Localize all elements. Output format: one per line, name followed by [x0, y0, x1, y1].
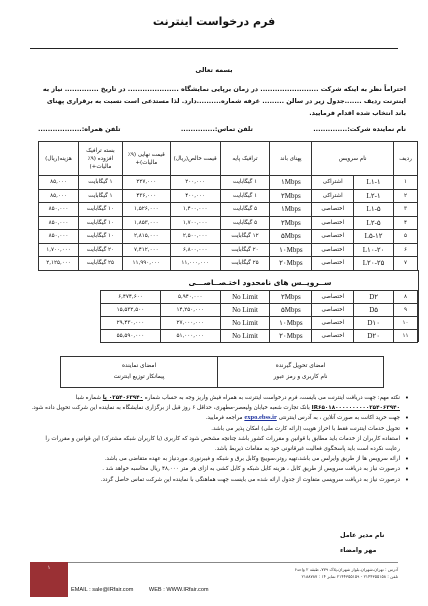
internet-request-form: فرم درخواست اینترنت بسمه تعالی احتراماً …	[0, 0, 428, 606]
col-extra-package: بسته ترافیک افزوده (۹٪ مالیات+)	[79, 142, 123, 176]
cell-cost: ۸۵,۰۰۰	[39, 176, 79, 190]
table-row[interactable]: ۵ L۵-۱۲ اختصاصی ۵Mbps ۱۲ گیگابایت ۲,۵۰۰,…	[39, 230, 418, 244]
note-cable-cost: درصورت نیاز به دریافت سرویس از طریق کابل…	[30, 464, 410, 474]
rep-signature-title: امضای نماینده	[62, 361, 216, 372]
table-row[interactable]: ۸ D۲ اختصاصی ۲Mbps No Limit ۵,۹۴۰,۰۰۰ ۶,…	[101, 291, 418, 304]
cell-final-price: ۱,۸۵۳,۰۰۰	[122, 216, 170, 230]
note-payment: نکته مهم: جهت دریافت اینترنت می بایست، ف…	[30, 393, 410, 413]
account-number: ۰۲۵۴۰۶۳۹۴۰ یا	[103, 395, 143, 401]
cell-net-price: ۴۰۰,۰۰۰	[170, 189, 220, 203]
cell-final-price: ۲۲۷,۰۰۰	[122, 176, 170, 190]
cell-type: اختصاصی	[312, 216, 354, 230]
cell-row: ۷	[394, 257, 418, 271]
cell-type: اشتراکی	[312, 189, 354, 203]
note-wireless: ارائه سرویس ها از طریق وایرلس می باشد،ته…	[30, 454, 410, 464]
cell-bandwidth: ۲۰Mbps	[270, 257, 312, 271]
footer-contact: EMAIL : sale@IRfair.com WEB : WWW.IRfair…	[71, 587, 223, 593]
table-row[interactable]: ۶ L۱۰-۲۰ اختصاصی ۱۰Mbps ۲۰ گیگابایت ۶,۸۰…	[39, 243, 418, 257]
rep-contractor-label: پیمانکار توزیع اینترنت	[62, 372, 216, 383]
cell-extra-package: ۱ گیگابایت	[79, 176, 123, 190]
cell-code: L۱-۱	[354, 176, 394, 190]
cell-type: اختصاصی	[312, 304, 354, 317]
cell-final-price: ۵۵,۵۹۰,۰۰۰	[101, 330, 161, 343]
col-cost: هزینه(ریال)	[39, 142, 79, 176]
cell-bandwidth: ۱Mbps	[270, 176, 312, 190]
cell-extra-package: ۱۰ گیگابایت	[79, 230, 123, 244]
cell-row: ۱	[394, 176, 418, 190]
cell-final-price: ۷,۴۱۲,۰۰۰	[122, 243, 170, 257]
table-row[interactable]: ۱۰ D۱۰ اختصاصی ۱۰Mbps No Limit ۲۷,۰۰۰,۰۰…	[101, 317, 418, 330]
cell-net-price: ۵۱,۰۰۰,۰۰۰	[160, 330, 220, 343]
table-row[interactable]: ۴ L۲-۵ اختصاصی ۲Mbps ۵ گیگابایت ۱,۷۰۰,۰۰…	[39, 216, 418, 230]
cell-bandwidth: ۵Mbps	[270, 230, 312, 244]
cell-traffic: No Limit	[220, 304, 270, 317]
table-row[interactable]: ۳ L۱-۵ اختصاصی ۱Mbps ۵ گیگابایت ۱,۴۰۰,۰۰…	[39, 203, 418, 217]
manager-name-label: نام مدیر عامل	[340, 528, 410, 543]
cell-code: L۲-۱	[354, 189, 394, 203]
cell-cost: ۱,۷۰۰,۰۰۰	[39, 243, 79, 257]
intro-line-3: باند انتخاب شده اقدام فرمایید.	[38, 107, 406, 119]
mobile-field[interactable]: تلفن همراه:..................	[38, 125, 121, 133]
expo-link[interactable]: expo.ebss.ir	[244, 414, 277, 421]
cell-traffic: ۱۲ گیگابایت	[220, 230, 270, 244]
cell-extra-package: ۱ گیگابایت	[79, 189, 123, 203]
cell-bandwidth: ۱۰Mbps	[270, 243, 312, 257]
footer-website[interactable]: WEB : WWW.IRfair.com	[149, 587, 209, 593]
note-custom-service: درصورت نیاز به دریافت سرویسی متفاوت از ج…	[30, 475, 410, 485]
footer-email[interactable]: EMAIL : sale@IRfair.com	[71, 587, 133, 593]
cell-type: اختصاصی	[312, 317, 354, 330]
footer-divider	[68, 562, 398, 563]
cell-code: L۵-۱۲	[354, 230, 394, 244]
cell-code: L۲۰-۲۵	[354, 257, 394, 271]
table-header-row: ردیف نام سرویس پهنای باند ترافیک پایه قی…	[39, 142, 418, 176]
cell-net-price: ۱,۴۰۰,۰۰۰	[170, 203, 220, 217]
manager-signature-area: نام مدیر عامل مهر وامضاء	[30, 528, 410, 558]
cell-extra-package: ۲۰ گیگابایت	[79, 243, 123, 257]
cell-net-price: ۲۰۰,۰۰۰	[170, 176, 220, 190]
cell-bandwidth: ۲Mbps	[270, 189, 312, 203]
table-row[interactable]: ۱ L۱-۱ اشتراکی ۱Mbps ۱ گیگابایت ۲۰۰,۰۰۰ …	[39, 176, 418, 190]
cell-net-price: ۵,۹۴۰,۰۰۰	[160, 291, 220, 304]
table-row[interactable]: ۲ L۲-۱ اشتراکی ۲Mbps ۱ گیگابایت ۴۰۰,۰۰۰ …	[39, 189, 418, 203]
cell-final-price: ۲۹,۴۳۰,۰۰۰	[101, 317, 161, 330]
unlimited-section-frame	[418, 270, 419, 342]
cell-final-price: ۱۱,۹۹۰,۰۰۰	[122, 257, 170, 271]
table-row[interactable]: ۱۱ D۲۰ اختصاصی ۲۰Mbps No Limit ۵۱,۰۰۰,۰۰…	[101, 330, 418, 343]
cell-traffic: ۵ گیگابایت	[220, 203, 270, 217]
cell-final-price: ۴۳۶,۰۰۰	[122, 189, 170, 203]
cell-extra-package: ۱۰ گیگابایت	[79, 216, 123, 230]
stamp-signature-label: مهر وامضاء	[340, 543, 410, 558]
rep-signature-box[interactable]: امضای نماینده پیمانکار توزیع اینترنت	[61, 357, 218, 388]
cell-code: D۲۰	[354, 330, 394, 343]
cell-final-price: ۶,۴۷۴,۶۰۰	[101, 291, 161, 304]
cell-row: ۲	[394, 189, 418, 203]
col-service-name: نام سرویس	[312, 142, 394, 176]
contact-fields: نام نماینده شرکت:.............. تلفن تما…	[38, 125, 406, 133]
note-laws: استفاده کاربران از خدمات باید مطابق با ق…	[30, 434, 410, 454]
col-row: ردیف	[394, 142, 418, 176]
cell-traffic: No Limit	[220, 330, 270, 343]
cell-bandwidth: ۵Mbps	[270, 304, 312, 317]
cell-code: D۲	[354, 291, 394, 304]
cell-traffic: ۵ گیگابایت	[220, 216, 270, 230]
cell-row: ۹	[394, 304, 418, 317]
intro-line-2: اینترنت ردیف .......جدول زیر در سالن ...…	[38, 95, 406, 107]
cell-traffic: No Limit	[220, 317, 270, 330]
col-base-traffic: ترافیک پایه	[220, 142, 270, 176]
cell-bandwidth: ۲۰Mbps	[270, 330, 312, 343]
cell-type: اشتراکی	[312, 176, 354, 190]
table-row[interactable]: ۹ D۵ اختصاصی ۵Mbps No Limit ۱۴,۲۵۰,۰۰۰ ۱…	[101, 304, 418, 317]
footer-address: آدرس : تهران،شهران،بلوار شهران،پلاک ۷۷۹،…	[250, 566, 398, 573]
col-bandwidth: پهنای باند	[270, 142, 312, 176]
cell-net-price: ۱۱,۰۰۰,۰۰۰	[170, 257, 220, 271]
cell-row: ۱۱	[394, 330, 418, 343]
unlimited-services-table: ۸ D۲ اختصاصی ۲Mbps No Limit ۵,۹۴۰,۰۰۰ ۶,…	[100, 290, 418, 343]
col-final-price: قیمت نهایی (۹٪ مالیات)+	[122, 142, 170, 176]
cell-code: L۲-۵	[354, 216, 394, 230]
cell-traffic: ۲۰ گیگابایت	[220, 243, 270, 257]
unlimited-section-title: ســرویــس های نامحدود اختـصــاصـــی	[160, 278, 360, 287]
cell-traffic: ۱ گیگابایت	[220, 176, 270, 190]
cell-cost: ۸۵,۰۰۰	[39, 189, 79, 203]
cell-extra-package: ۱۰ گیگابایت	[79, 203, 123, 217]
intro-paragraph: احتراماً نظر به اینکه شرکت .............…	[38, 83, 406, 119]
title-divider	[30, 48, 398, 49]
cell-code: L۱-۵	[354, 203, 394, 217]
cell-type: اختصاصی	[312, 230, 354, 244]
cell-row: ۱۰	[394, 317, 418, 330]
cell-bandwidth: ۱۰Mbps	[270, 317, 312, 330]
cell-net-price: ۱,۷۰۰,۰۰۰	[170, 216, 220, 230]
cell-row: ۵	[394, 230, 418, 244]
cell-code: D۱۰	[354, 317, 394, 330]
cell-bandwidth: ۲Mbps	[270, 216, 312, 230]
cell-type: اختصاصی	[312, 291, 354, 304]
cell-row: ۶	[394, 243, 418, 257]
cell-type: اختصاصی	[312, 330, 354, 343]
cell-traffic: ۱ گیگابایت	[220, 189, 270, 203]
notes-list: نکته مهم: جهت دریافت اینترنت می بایست، ف…	[30, 393, 410, 485]
cell-type: اختصاصی	[312, 203, 354, 217]
table-row[interactable]: ۷ L۲۰-۲۵ اختصاصی ۲۰Mbps ۲۵ گیگابایت ۱۱,۰…	[39, 257, 418, 271]
signature-table: امضای تحویل گیرنده نام کاربری و رمز عبور…	[60, 356, 384, 388]
col-net-price: قیمت خالص(ریال)	[170, 142, 220, 176]
cell-final-price: ۱۵,۵۳۲,۵۰۰	[101, 304, 161, 317]
sheba-number: IR۶۵۰۱۸۰۰۰۰۰۰۰۰۰۰۲۵۴۰۶۳۹۴۰	[312, 405, 400, 411]
cell-net-price: ۲۷,۰۰۰,۰۰۰	[160, 317, 220, 330]
cell-net-price: ۶,۸۰۰,۰۰۰	[170, 243, 220, 257]
receiver-credentials-label: نام کاربری و رمز عبور	[219, 372, 382, 383]
cell-final-price: ۲,۸۱۵,۰۰۰	[122, 230, 170, 244]
cell-traffic: No Limit	[220, 291, 270, 304]
cell-cost: ۸۵۰,۰۰۰	[39, 230, 79, 244]
cell-bandwidth: ۲Mbps	[270, 291, 312, 304]
cell-final-price: ۱,۵۲۶,۰۰۰	[122, 203, 170, 217]
cell-net-price: ۲,۵۰۰,۰۰۰	[170, 230, 220, 244]
cell-type: اختصاصی	[312, 243, 354, 257]
footer-address-block: آدرس : تهران،شهران،بلوار شهران،پلاک ۷۷۹،…	[250, 566, 398, 580]
phone-field[interactable]: تلفن تماس:..............	[181, 125, 253, 133]
cell-cost: ۸۵۰,۰۰۰	[39, 216, 79, 230]
cell-code: D۵	[354, 304, 394, 317]
cell-code: L۱۰-۲۰	[354, 243, 394, 257]
page-number-badge: ۱	[30, 562, 68, 597]
page-title: فرم درخواست اینترنت	[0, 15, 428, 28]
note-online-purchase: جهت خرید اکانت به صورت آنلاین ، به آدرس …	[30, 413, 410, 423]
footer-phone: تلفن : ۲۱۴۴۳۵۵۱۵۸ - ۲۱۴۴۳۵۵۱۵۹ نمابر ۱۴ …	[250, 573, 398, 580]
cell-type: اختصاصی	[312, 257, 354, 271]
cell-traffic: ۲۵ گیگابایت	[220, 257, 270, 271]
cell-row: ۳	[394, 203, 418, 217]
receiver-signature-box[interactable]: امضای تحویل گیرنده نام کاربری و رمز عبور	[218, 357, 384, 388]
rep-name-field[interactable]: نام نماینده شرکت:..............	[313, 125, 406, 133]
cell-row: ۸	[394, 291, 418, 304]
cell-cost: ۸۵۰,۰۰۰	[39, 203, 79, 217]
services-table: ردیف نام سرویس پهنای باند ترافیک پایه قی…	[38, 141, 418, 271]
intro-line-1: احتراماً نظر به اینکه شرکت .............…	[38, 83, 406, 95]
cell-extra-package: ۲۵ گیگابایت	[79, 257, 123, 271]
cell-bandwidth: ۱Mbps	[270, 203, 312, 217]
cell-row: ۴	[394, 216, 418, 230]
cell-net-price: ۱۴,۲۵۰,۰۰۰	[160, 304, 220, 317]
bismillah-heading: بسمه تعالی	[0, 66, 428, 74]
receiver-signature-title: امضای تحویل گیرنده	[219, 361, 382, 372]
cell-cost: ۲,۱۲۵,۰۰۰	[39, 257, 79, 271]
note-identity: تحویل خدمات اینترنت فقط با احراز هویت (ا…	[30, 424, 410, 434]
